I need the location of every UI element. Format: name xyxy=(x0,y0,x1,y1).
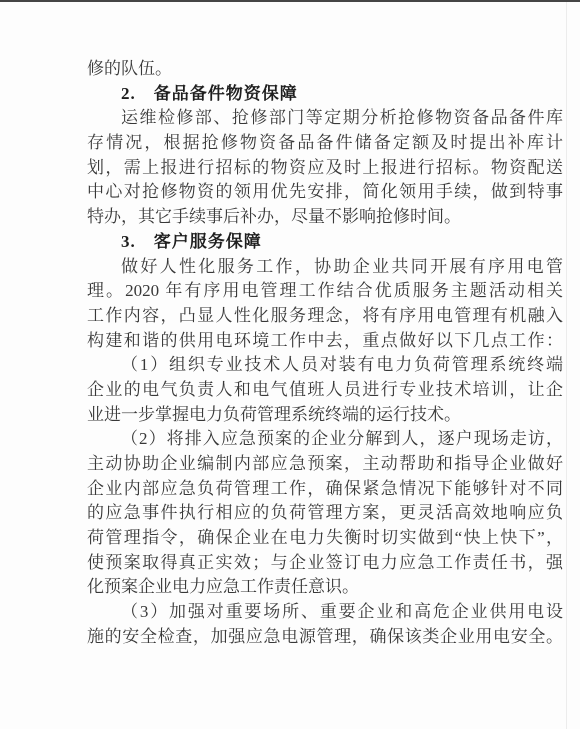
text-line: 荷管理指令，确保企业在电力失衡时切实做到“快上快下”， xyxy=(87,526,563,551)
text-line: 中心对抢修物资的领用优先安排，简化领用手续，做到特事 xyxy=(87,180,563,205)
text-line-item-3: （3）加强对重要场所、重要企业和高危企业供用电设 xyxy=(87,600,563,625)
text-line: 施的安全检查，加强应急电源管理，确保该类企业用电安全。 xyxy=(87,625,563,650)
text-line: 做好人性化服务工作，协助企业共同开展有序用电管 xyxy=(87,255,563,280)
text-line: 划，需上报进行招标的物资应及时上报进行招标。物资配送 xyxy=(87,156,563,181)
text-line: 特办，其它手续事后补办，尽量不影响抢修时间。 xyxy=(87,205,563,230)
document-content: 修的队伍。 2. 备品备件物资保障 运维检修部、抢修部门等定期分析抢修物资备品备… xyxy=(87,57,563,650)
text-line-item-1: （1）组织专业技术人员对装有电力负荷管理系统终端 xyxy=(87,353,563,378)
text-line: 修的队伍。 xyxy=(87,57,563,82)
page-top-border xyxy=(0,0,580,2)
text-line: 使预案取得真正实效；与企业签订电力应急工作责任书，强 xyxy=(87,551,563,576)
text-line: 化预案企业电力应急工作责任意识。 xyxy=(87,575,563,600)
text-line: 的应急事件执行相应的负荷管理方案，更灵活高效地响应负 xyxy=(87,501,563,526)
page-right-edge xyxy=(566,2,567,729)
document-page: 修的队伍。 2. 备品备件物资保障 运维检修部、抢修部门等定期分析抢修物资备品备… xyxy=(0,0,580,729)
text-line: 运维检修部、抢修部门等定期分析抢修物资备品备件库 xyxy=(87,106,563,131)
section-heading-2: 2. 备品备件物资保障 xyxy=(87,82,563,107)
text-line: 理。2020 年有序用电管理工作结合优质服务主题活动相关 xyxy=(87,279,563,304)
text-line: 企业内部应急负荷管理工作，确保紧急情况下能够针对不同 xyxy=(87,477,563,502)
text-line: 存情况，根据抢修物资备品备件储备定额及时提出补库计 xyxy=(87,131,563,156)
text-line: 企业的电气负责人和电气值班人员进行专业技术培训，让企 xyxy=(87,378,563,403)
text-line: 构建和谐的供用电环境工作中去，重点做好以下几点工作： xyxy=(87,329,563,354)
text-line: 工作内容，凸显人性化服务理念，将有序用电管理有机融入 xyxy=(87,304,563,329)
text-line-item-2: （2）将排入应急预案的企业分解到人，逐户现场走访， xyxy=(87,427,563,452)
section-heading-3: 3. 客户服务保障 xyxy=(87,230,563,255)
text-line: 主动协助企业编制内部应急预案，主动帮助和指导企业做好 xyxy=(87,452,563,477)
text-line: 业进一步掌握电力负荷管理系统终端的运行技术。 xyxy=(87,403,563,428)
